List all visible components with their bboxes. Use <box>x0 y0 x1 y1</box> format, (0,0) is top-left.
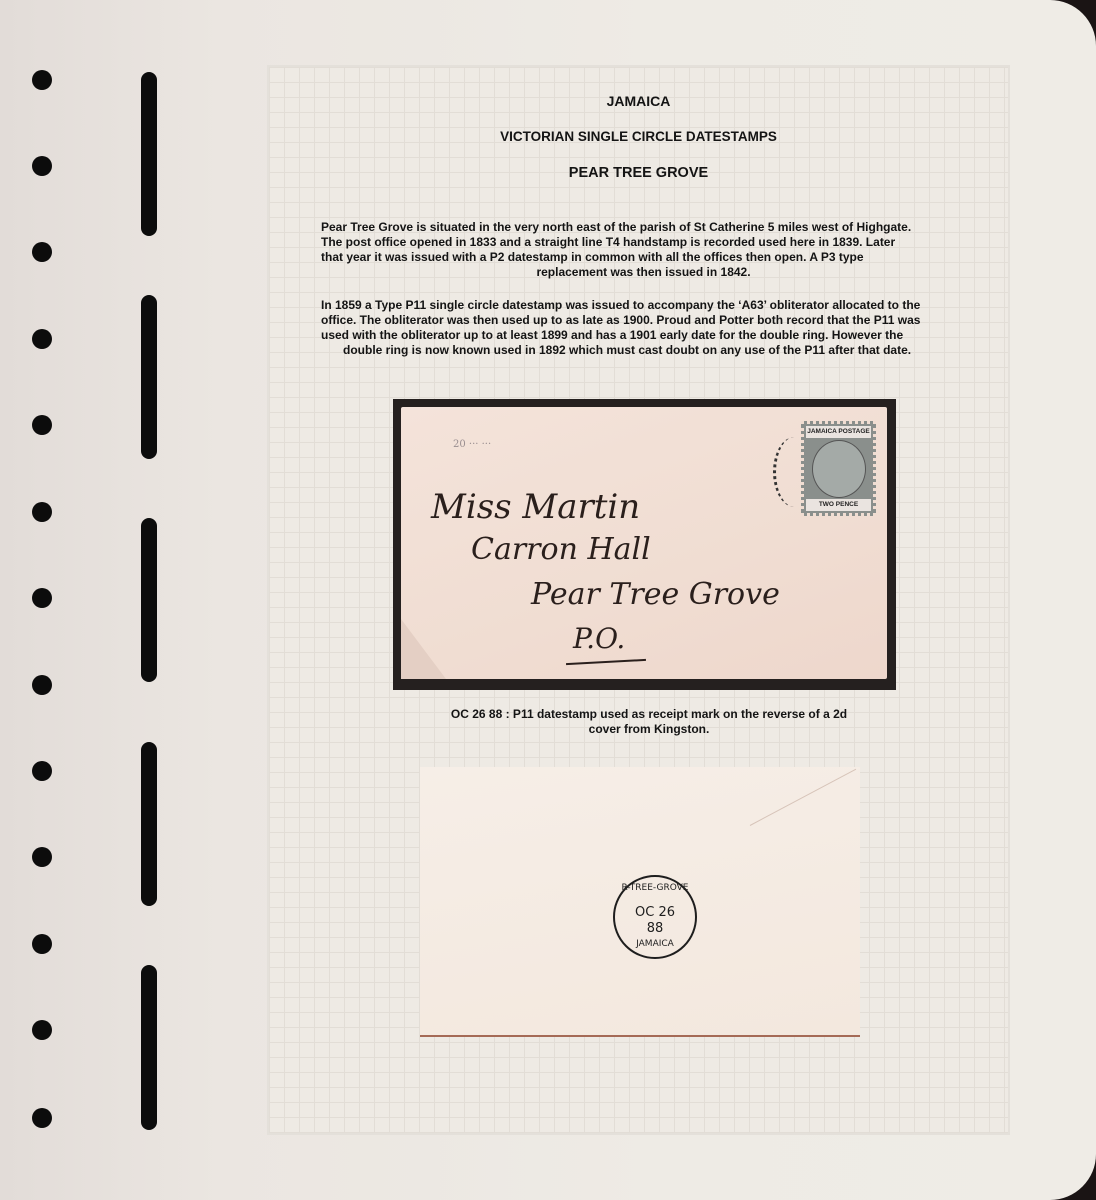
text-line: double ring is now known used in 1892 wh… <box>321 343 966 358</box>
postmark-country: JAMAICA <box>615 939 695 949</box>
postmark-year: 88 <box>615 921 695 936</box>
punch-hole <box>32 847 52 867</box>
address-line: P.O. <box>573 622 625 655</box>
punch-hole <box>32 588 52 608</box>
cover-caption: OC 26 88 : P11 datestamp used as receipt… <box>409 707 889 737</box>
address-line: Carron Hall <box>471 532 651 567</box>
postage-stamp: JAMAICA POSTAGE TWO PENCE <box>801 421 876 516</box>
page-subtitle: VICTORIAN SINGLE CIRCLE DATESTAMPS <box>269 129 1008 144</box>
envelope-front: 20 ··· ··· JAMAICA POSTAGE TWO PENCE Mis… <box>401 407 887 679</box>
stamp-bottom-label: TWO PENCE <box>806 499 871 511</box>
section-title: PEAR TREE GROVE <box>269 165 1008 181</box>
pencil-note: 20 ··· ··· <box>453 439 491 450</box>
binder-slot <box>141 72 157 236</box>
text-line: OC 26 88 : P11 datestamp used as receipt… <box>409 707 889 722</box>
circular-datestamp: R-TREE-GROVE OC 26 88 JAMAICA <box>613 875 697 959</box>
address-line: Pear Tree Grove <box>531 577 780 612</box>
postmark-office: R-TREE-GROVE <box>615 883 695 893</box>
punch-hole <box>32 70 52 90</box>
punch-hole <box>32 1108 52 1128</box>
binder-slot <box>141 965 157 1130</box>
punch-hole <box>32 415 52 435</box>
page-title: JAMAICA <box>269 93 1008 109</box>
text-line: Pear Tree Grove is situated in the very … <box>321 220 966 235</box>
cover-back: R-TREE-GROVE OC 26 88 JAMAICA <box>420 767 860 1037</box>
postmark-date: OC 26 <box>615 905 695 920</box>
stamp-top-label: JAMAICA POSTAGE <box>806 426 871 438</box>
album-page: JAMAICA VICTORIAN SINGLE CIRCLE DATESTAM… <box>0 0 1096 1200</box>
text-line: that year it was issued with a P2 datest… <box>321 250 966 265</box>
punch-hole <box>32 761 52 781</box>
text-line: replacement was then issued in 1842. <box>321 265 966 280</box>
binder-slot <box>141 295 157 459</box>
text-line: The post office opened in 1833 and a str… <box>321 235 966 250</box>
address-underline <box>566 659 646 665</box>
punch-hole <box>32 329 52 349</box>
text-line: cover from Kingston. <box>409 722 889 737</box>
cover-front-mount: 20 ··· ··· JAMAICA POSTAGE TWO PENCE Mis… <box>393 399 896 690</box>
envelope-flap-line <box>750 769 856 826</box>
punch-hole <box>32 1020 52 1040</box>
punch-hole <box>32 934 52 954</box>
binder-slot <box>141 518 157 682</box>
history-paragraph: In 1859 a Type P11 single circle datesta… <box>321 298 966 358</box>
text-line: In 1859 a Type P11 single circle datesta… <box>321 298 966 313</box>
punch-hole <box>32 502 52 522</box>
queen-portrait-icon <box>812 440 866 498</box>
text-line: office. The obliterator was then used up… <box>321 313 966 328</box>
text-line: used with the obliterator up to at least… <box>321 328 966 343</box>
punch-hole <box>32 242 52 262</box>
binder-slot <box>141 742 157 906</box>
envelope-fold <box>401 619 446 679</box>
address-line: Miss Martin <box>431 487 640 527</box>
punch-hole <box>32 156 52 176</box>
punch-hole <box>32 675 52 695</box>
intro-paragraph: Pear Tree Grove is situated in the very … <box>321 220 966 280</box>
quadrille-area: JAMAICA VICTORIAN SINGLE CIRCLE DATESTAM… <box>267 65 1010 1135</box>
